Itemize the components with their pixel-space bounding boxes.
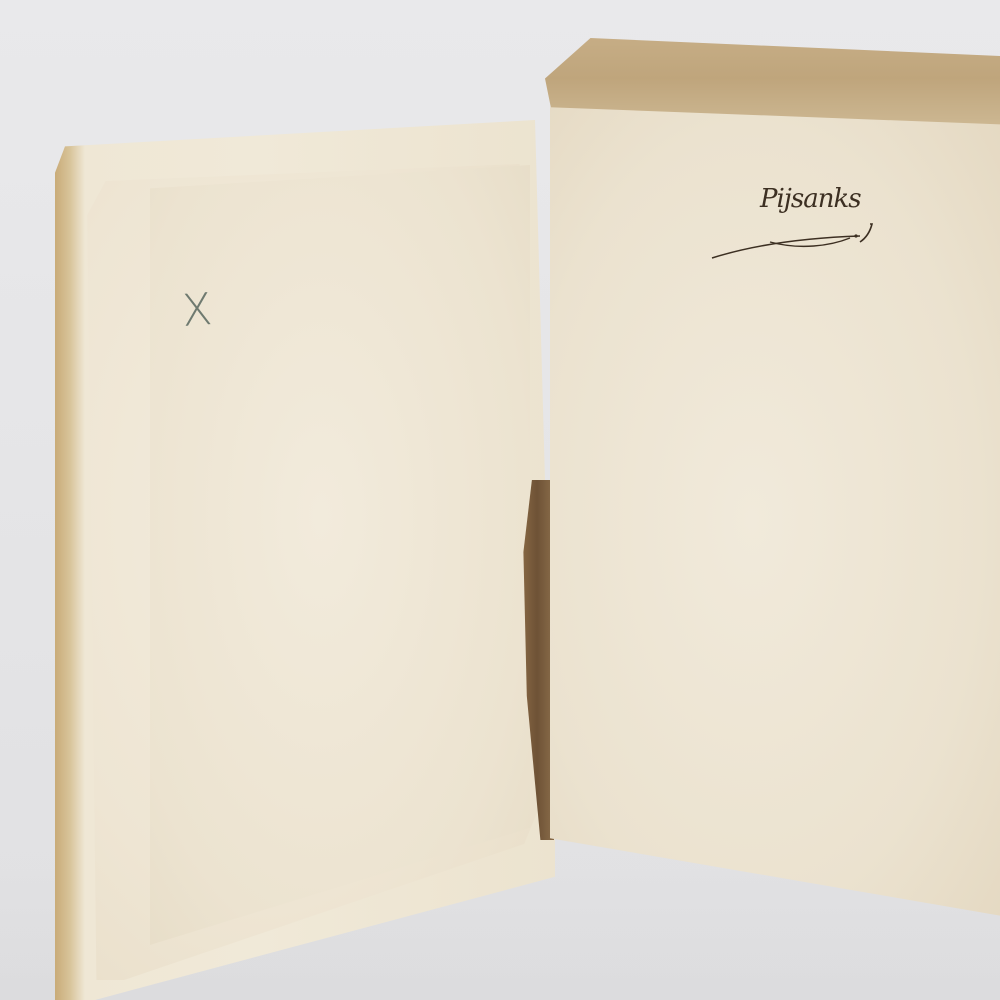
ink-signature: Pijsanks — [710, 180, 880, 260]
pencil-x-mark: X — [180, 284, 214, 337]
signature-text: Pijsanks — [760, 184, 861, 214]
pastedown-sheet — [150, 165, 530, 945]
